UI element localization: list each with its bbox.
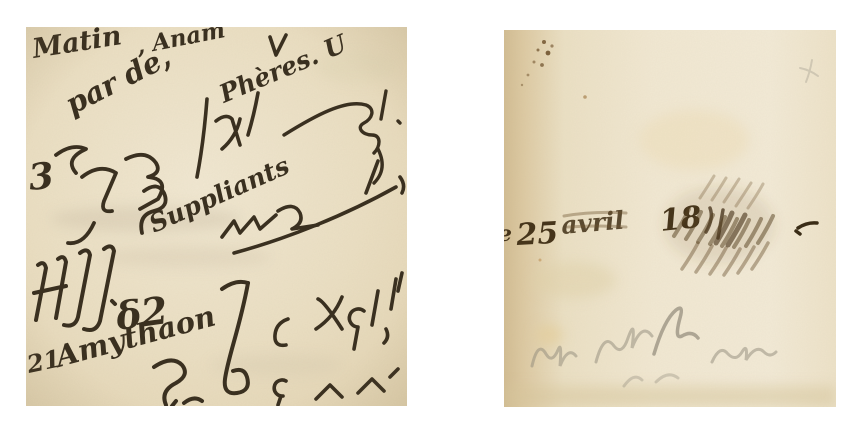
date-month: avril — [560, 206, 625, 240]
right-manuscript-photo: e 25 avril 18 — [504, 30, 836, 407]
edge-vignette — [26, 27, 407, 406]
right-manuscript-canvas: e 25 avril 18 — [504, 30, 836, 407]
date-day: 25 — [515, 216, 560, 253]
screenshot-root: Matin , Anam par de, Phères. U 3 Supplia… — [0, 0, 864, 425]
left-manuscript-photo: Matin , Anam par de, Phères. U 3 Supplia… — [26, 27, 407, 406]
date-prefix-letter: e — [504, 221, 512, 247]
left-manuscript-canvas: Matin , Anam par de, Phères. U 3 Supplia… — [26, 27, 407, 406]
